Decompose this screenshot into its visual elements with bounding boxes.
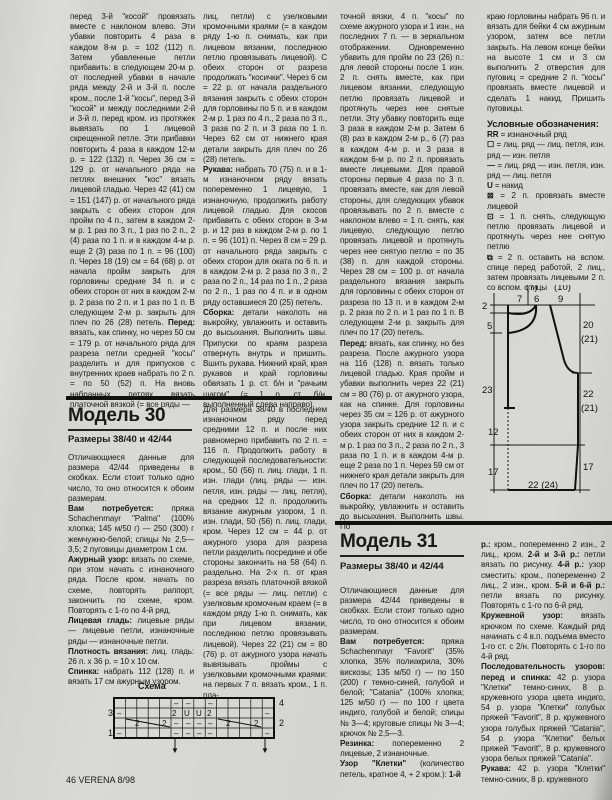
section-rule-2 (335, 521, 612, 525)
svg-text:–: – (174, 719, 179, 728)
stitch-chart: –– ––– 2UU2 – 22–––– 22 ––––– ▼▼ 3 1 4 2 (108, 696, 288, 756)
dim-neck: 6 (534, 294, 539, 305)
svg-text:–: – (265, 709, 270, 718)
schema-title: Схема (138, 681, 166, 691)
back-label: Спинка: (68, 667, 99, 676)
dim-armhole: 20 (583, 320, 594, 331)
model-31-col-1: Отличающиеся данные для размера 42/44 пр… (340, 586, 464, 780)
dim-lace-right: 17 (583, 462, 594, 473)
assembly-label: Сборка: (203, 308, 234, 317)
dim-half-neck: 9 (558, 294, 563, 305)
front-label-2: Перед: (340, 339, 367, 348)
gauge-label: Плотность вязания: (68, 647, 148, 656)
lace-text: вязать по схеме, при этом начать с изнан… (68, 555, 194, 615)
dim-body: 12 (488, 427, 499, 438)
check-pattern-label: Узор "Клетки" (340, 759, 406, 768)
armhole-text: точной вязки, 4 п. "косы" по схеме ажурн… (340, 12, 464, 337)
back-continuation-text: перед 3-й "косой" провязать вместе с нак… (70, 12, 195, 327)
k2tog-symbol: ⊠ (487, 191, 494, 200)
intro-text: Отличающиеся данные для размера 42/44 пр… (68, 453, 194, 504)
front-text-2: вязать, как спинку, но без разреза. Посл… (340, 339, 464, 491)
dim-lace: 17 (488, 467, 499, 478)
title-underline-2 (340, 555, 464, 557)
svg-text:U: U (196, 709, 202, 718)
dim-neck-depth-back: 2 (482, 301, 487, 312)
garment-schematic: 7 (7) 6 (10) 9 2 5 23 12 17 20 (21) 22 (… (480, 285, 605, 500)
row-label: 4-й р.: (558, 560, 584, 569)
svg-text:–: – (174, 729, 179, 738)
back-continuation: Для размера 38/40 в последнем изнаночном… (203, 405, 327, 701)
front-label: Перед: (168, 318, 195, 327)
row-text: петли вязать по рисунку. Повторять с 1-г… (481, 591, 605, 610)
sequence-text: 42 р. узора "Клетки" темно-синих, 8 р. к… (481, 673, 605, 764)
svg-text:▼: ▼ (171, 746, 179, 755)
magazine-page: перед 3-й "косой" провязать вместе с нак… (0, 0, 612, 800)
row-1-label: 1-й (449, 770, 461, 779)
dim-shoulder-alt: (7) (526, 285, 538, 293)
column-1-top: перед 3-й "косой" провязать вместе с нак… (70, 12, 195, 410)
svg-text:–: – (265, 729, 270, 738)
legend-item: — = лиц. ряд — изн. петля, изн. ряд — ли… (487, 161, 605, 181)
legend-item: RR = изнаночный ряд (487, 130, 605, 140)
svg-text:–: – (208, 719, 213, 728)
svg-text:2: 2 (172, 709, 177, 718)
title-underline (68, 429, 192, 431)
model-30-col-1: Отличающиеся данные для размера 42/44 пр… (68, 453, 194, 688)
svg-text:2: 2 (162, 719, 167, 728)
dim-side: 22 (583, 389, 594, 400)
row-label: р.: (481, 540, 491, 549)
purl-stitch-symbol: — (487, 161, 495, 170)
svg-text:–: – (197, 729, 202, 738)
legend-title: Условные обозначения: (487, 120, 605, 130)
ribbing-label: Резинка: (340, 739, 374, 748)
model-31-sizes: Размеры 38/40 и 42/44 (340, 561, 444, 572)
svg-text:–: – (117, 729, 122, 738)
skp-symbol: ⊡ (487, 212, 494, 221)
materials-text-2: пряжа Schachenmayr "Favorit" (35% хлопка… (340, 637, 464, 738)
model-30-title: Модель 30 (68, 405, 165, 427)
legend-item: U = накид (487, 181, 605, 191)
wrong-side-row-symbol: RR (487, 130, 499, 139)
crochet-lace-label: Кружевной узор: (481, 611, 563, 620)
svg-text:–: – (208, 729, 213, 738)
svg-text:–: – (186, 699, 191, 708)
svg-text:–: – (117, 709, 122, 718)
dim-neck-alt: (10) (554, 285, 571, 293)
neckband-text: краю горловины набрать 96 п. и вязать дл… (487, 12, 605, 113)
sleeves-text: набрать 70 (75) п. и в 1-м изнаночном ря… (203, 165, 327, 307)
neckline-text: лиц. петли) с узелковыми кромочными края… (203, 12, 327, 164)
sleeves-label: Рукава: (203, 165, 233, 174)
model-31-col-2: р.: кром., попеременно 2 изн., 2 лиц., к… (481, 540, 605, 785)
row-label: 5-й и 6-й р.: (555, 581, 605, 590)
lace-label: Ажурный узор: (68, 555, 128, 564)
sleeves-label-2: Рукава: (481, 764, 511, 773)
legend-item: ⊡ = 1 п. снять, следующую петлю провязат… (487, 212, 605, 253)
svg-text:▼: ▼ (261, 746, 269, 755)
model-30-col-2: Для размера 38/40 в последнем изнаночном… (203, 405, 327, 701)
dim-side-alt: (21) (581, 403, 598, 414)
intro-text-2: Отличающиеся данные для размера 42/44 пр… (340, 586, 464, 637)
legend-item: ☐ = лиц. ряд — лиц. петля, изн. ряд — из… (487, 140, 605, 160)
column-2-top: лиц. петли) с узелковыми кромочными края… (203, 12, 327, 410)
column-4-top: краю горловины набрать 96 п. и вязать дл… (487, 12, 605, 293)
model-31-title: Модель 31 (340, 531, 437, 553)
row-label-3: 3 (108, 708, 113, 718)
model-30-sizes: Размеры 38/40 и 42/44 (68, 434, 172, 445)
column-3-top: точной вязки, 4 п. "косы" по схеме ажурн… (340, 12, 464, 532)
assembly-text: детали наколоть на выкройку, увлажнить и… (203, 308, 327, 409)
svg-text:2: 2 (135, 719, 140, 728)
dim-armhole-alt: (21) (581, 334, 598, 345)
svg-text:2: 2 (226, 719, 231, 728)
row-label-2: 2 (279, 718, 284, 728)
svg-text:–: – (208, 699, 213, 708)
svg-text:–: – (186, 719, 191, 728)
row-label-4: 4 (279, 698, 284, 708)
dim-neck-depth-front: 5 (487, 321, 492, 332)
legend-list: RR = изнаночный ряд ☐ = лиц. ряд — лиц. … (487, 130, 605, 293)
assembly-label-2: Сборка: (340, 492, 371, 501)
stockinette-label: Лицевая гладь: (68, 616, 132, 625)
page-folio: 46 VERENA 8/98 (66, 775, 135, 785)
svg-text:U: U (184, 709, 190, 718)
svg-text:–: – (174, 699, 179, 708)
section-rule (66, 396, 332, 400)
dim-width: 22 (24) (528, 480, 558, 491)
svg-text:–: – (197, 719, 202, 728)
materials-label-2: Вам потребуется: (340, 637, 424, 646)
row-label-1: 1 (108, 728, 113, 738)
dim-shoulder: 7 (517, 294, 522, 305)
materials-label: Вам потребуется: (68, 504, 153, 513)
svg-text:–: – (186, 729, 191, 738)
legend-item: ⊠ = 2 п. провязать вместе лицевой (487, 191, 605, 211)
svg-text:2: 2 (207, 709, 212, 718)
svg-text:2: 2 (254, 719, 259, 728)
dim-placket: 23 (482, 385, 493, 396)
row-label: 2-й и 3-й р.: (528, 550, 580, 559)
